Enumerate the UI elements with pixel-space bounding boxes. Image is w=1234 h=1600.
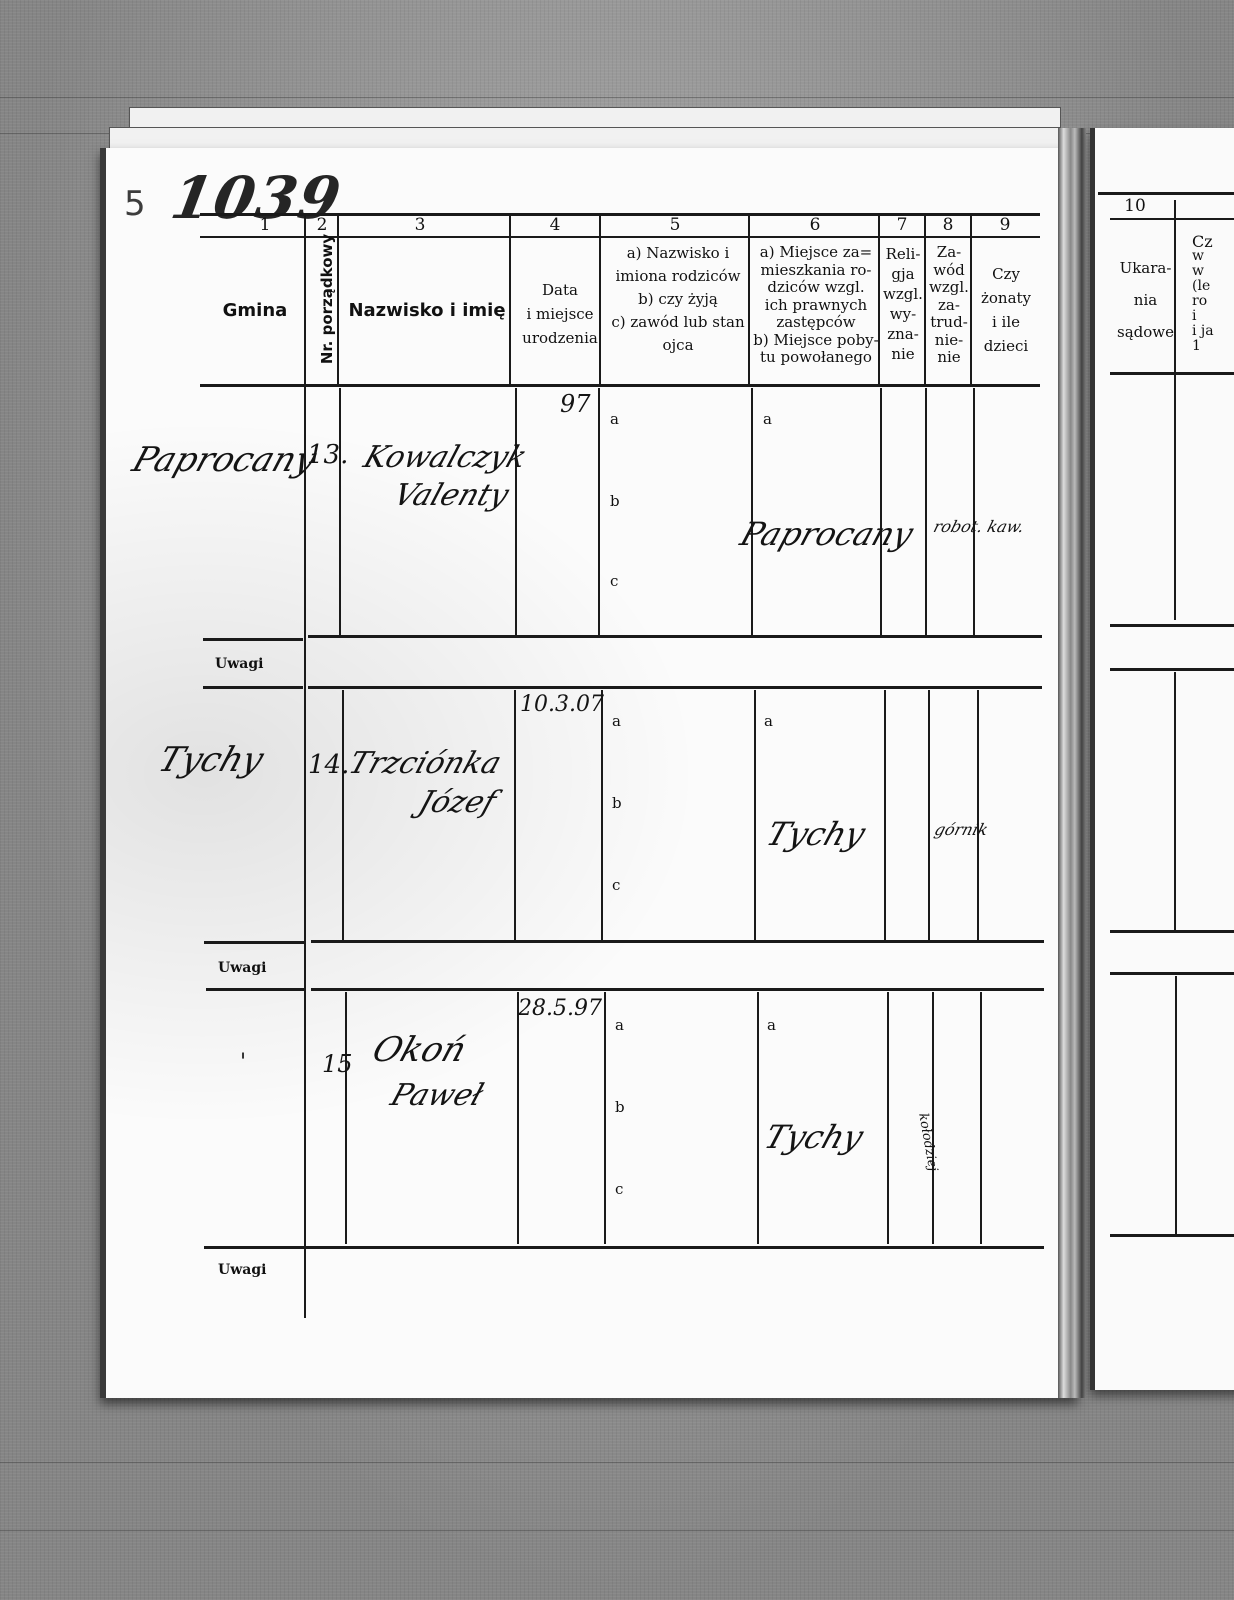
header-line: tu powołanego bbox=[752, 349, 880, 367]
header-line: nie bbox=[926, 349, 972, 367]
header-line: wzgl. bbox=[926, 279, 972, 297]
scan-artifact-line bbox=[0, 1530, 1234, 1531]
row-rule bbox=[308, 635, 1042, 638]
parents-label-c: c bbox=[615, 1180, 623, 1198]
header-line: b) czy żyją bbox=[604, 288, 752, 311]
entry-nr: 13. bbox=[307, 440, 348, 470]
column-number-9: 9 bbox=[995, 215, 1015, 235]
residence-label-a: a bbox=[764, 712, 773, 730]
header-line: zna- bbox=[880, 324, 926, 344]
header-line: sądowe bbox=[1108, 316, 1183, 348]
column-divider bbox=[509, 213, 511, 385]
header-bottom-rule bbox=[200, 384, 1040, 387]
scan-artifact-line bbox=[0, 1462, 1234, 1463]
residence-label-a: a bbox=[763, 410, 772, 428]
row-rule bbox=[204, 1246, 1044, 1249]
header-line: Za- bbox=[926, 244, 972, 262]
facing-column-divider bbox=[1175, 976, 1177, 1234]
header-line: mieszkania ro- bbox=[752, 262, 880, 280]
row-rule bbox=[206, 988, 304, 991]
column-divider bbox=[598, 388, 600, 636]
column-divider bbox=[748, 213, 750, 385]
header-line: c) zawód lub stan bbox=[604, 311, 752, 334]
entry-gmina: Paprocany bbox=[128, 440, 322, 480]
header-line: i miejsce bbox=[515, 302, 605, 326]
row-rule bbox=[204, 941, 304, 944]
header-gmina: Gmina bbox=[205, 300, 305, 321]
entry-given-name: Józef bbox=[414, 785, 500, 820]
header-line: zastępców bbox=[752, 314, 880, 332]
header-line: dziców wzgl. bbox=[752, 279, 880, 297]
header-zawod: Za- wód wzgl. za- trud- nie- nie bbox=[926, 244, 972, 367]
column-divider bbox=[599, 213, 601, 385]
facing-row-rule bbox=[1110, 624, 1234, 627]
gmina-column-divider bbox=[304, 213, 306, 1318]
header-zonaty: Czy żonaty i ile dzieci bbox=[972, 262, 1040, 358]
column-divider bbox=[604, 992, 606, 1244]
header-line: Reli- bbox=[880, 244, 926, 264]
header-line: 1 bbox=[1192, 339, 1234, 354]
row-rule bbox=[203, 638, 303, 641]
header-nr-porzadkowy: Nr. porządkowy bbox=[318, 229, 336, 369]
entry-surname: Okoń bbox=[368, 1030, 472, 1070]
header-line: Czy bbox=[972, 262, 1040, 286]
header-line: ich prawnych bbox=[752, 297, 880, 315]
header-line: b) Miejsce poby- bbox=[752, 332, 880, 350]
header-line: (le bbox=[1192, 279, 1234, 294]
parents-label-a: a bbox=[612, 712, 621, 730]
column-divider bbox=[977, 690, 979, 940]
header-line: wzgl. bbox=[880, 284, 926, 304]
header-line: nie bbox=[880, 344, 926, 364]
column-divider bbox=[514, 690, 516, 940]
header-line: żonaty bbox=[972, 286, 1040, 310]
column-divider bbox=[751, 388, 753, 636]
header-data-urodzenia: Data i miejsce urodzenia bbox=[515, 278, 605, 350]
column-divider bbox=[342, 690, 344, 940]
column-divider bbox=[878, 213, 880, 385]
header-line: urodzenia bbox=[515, 326, 605, 350]
parents-label-a: a bbox=[615, 1016, 624, 1034]
column-number-10: 10 bbox=[1115, 196, 1155, 216]
column-divider bbox=[515, 388, 517, 636]
column-number-4: 4 bbox=[540, 215, 570, 235]
column-divider bbox=[345, 992, 347, 1244]
header-line: ro bbox=[1192, 294, 1234, 309]
entry-residence: Tychy bbox=[762, 815, 870, 853]
header-line: w bbox=[1192, 249, 1234, 264]
header-line: dzieci bbox=[972, 334, 1040, 358]
entry-surname: Kowalczyk bbox=[359, 440, 531, 475]
header-nazwisko-imie: Nazwisko i imię bbox=[342, 300, 512, 321]
entry-gmina-ditto: ' bbox=[240, 1050, 246, 1075]
facing-row-rule bbox=[1110, 668, 1234, 671]
scan-artifact-line bbox=[0, 97, 1234, 98]
remarks-label: Uwagi bbox=[218, 960, 266, 976]
header-line: i ile bbox=[972, 310, 1040, 334]
header-line: Cz bbox=[1192, 234, 1234, 249]
column-divider bbox=[980, 992, 982, 1244]
book-spine bbox=[1058, 128, 1086, 1398]
header-line: za- bbox=[926, 297, 972, 315]
column-divider bbox=[339, 388, 341, 636]
parents-label-b: b bbox=[610, 492, 620, 510]
entry-surname: Trzciónka bbox=[344, 746, 505, 781]
row-rule bbox=[311, 988, 1044, 991]
parents-label-c: c bbox=[612, 876, 620, 894]
remarks-label: Uwagi bbox=[218, 1262, 266, 1278]
facing-header-bottom-rule bbox=[1110, 372, 1234, 375]
column-number-6: 6 bbox=[800, 215, 830, 235]
entry-occupation: robot. kaw. bbox=[931, 517, 1026, 536]
residence-label-a: a bbox=[767, 1016, 776, 1034]
sheet-number-pencil: 5 bbox=[124, 184, 146, 224]
column-divider bbox=[884, 690, 886, 940]
facing-row-rule bbox=[1110, 930, 1234, 933]
column-number-5: 5 bbox=[660, 215, 690, 235]
parents-label-b: b bbox=[615, 1098, 625, 1116]
facing-column-divider bbox=[1174, 672, 1176, 930]
column-number-1: 1 bbox=[245, 215, 285, 235]
header-line: nia bbox=[1108, 284, 1183, 316]
header-line: wy- bbox=[880, 304, 926, 324]
column-number-3: 3 bbox=[400, 215, 440, 235]
column-number-8: 8 bbox=[938, 215, 958, 235]
parents-label-c: c bbox=[610, 572, 618, 590]
row-rule bbox=[311, 940, 1044, 943]
header-line: ojca bbox=[604, 334, 752, 357]
remarks-label: Uwagi bbox=[215, 656, 263, 672]
entry-occupation: górnik bbox=[932, 820, 990, 839]
header-line: a) Nazwisko i bbox=[604, 242, 752, 265]
parents-label-a: a bbox=[610, 410, 619, 428]
parents-label-b: b bbox=[612, 794, 622, 812]
column-divider bbox=[924, 213, 926, 385]
header-line: i ja bbox=[1192, 324, 1234, 339]
facing-column-divider bbox=[1174, 200, 1176, 620]
column-divider bbox=[337, 213, 339, 385]
facing-header-top-rule bbox=[1098, 192, 1234, 195]
header-line: w bbox=[1192, 264, 1234, 279]
column-divider bbox=[887, 992, 889, 1244]
header-line: Ukara- bbox=[1108, 252, 1183, 284]
column-divider bbox=[517, 992, 519, 1244]
column-divider bbox=[754, 690, 756, 940]
entry-birth: 10.3.07 bbox=[520, 692, 604, 717]
column-divider bbox=[925, 388, 927, 636]
entry-nr: 14. bbox=[308, 750, 349, 780]
row-rule bbox=[308, 686, 1042, 689]
column-divider bbox=[757, 992, 759, 1244]
header-line: i bbox=[1192, 309, 1234, 324]
entry-given-name: Paweł bbox=[386, 1078, 487, 1113]
column-divider bbox=[601, 690, 603, 940]
header-line: nie- bbox=[926, 332, 972, 350]
header-col11-partial: Cz w w (le ro i i ja 1 bbox=[1192, 234, 1234, 354]
column-divider bbox=[970, 213, 972, 385]
entry-nr: 15 bbox=[322, 1050, 353, 1078]
header-line: Data bbox=[515, 278, 605, 302]
header-rodzice: a) Nazwisko i imiona rodziców b) czy żyj… bbox=[604, 242, 752, 357]
column-divider bbox=[928, 690, 930, 940]
facing-row-rule bbox=[1110, 1234, 1234, 1237]
entry-residence: Tychy bbox=[760, 1118, 868, 1156]
column-divider bbox=[880, 388, 882, 636]
column-number-7: 7 bbox=[892, 215, 912, 235]
header-religia: Reli- gja wzgl. wy- zna- nie bbox=[880, 244, 926, 364]
header-line: trud- bbox=[926, 314, 972, 332]
header-line: gja bbox=[880, 264, 926, 284]
header-miejsce-zamieszkania: a) Miejsce za= mieszkania ro- dziców wzg… bbox=[752, 244, 880, 367]
entry-given-name: Valenty bbox=[389, 478, 513, 513]
entry-birth: 97 bbox=[560, 390, 591, 418]
entry-birth: 28.5.97 bbox=[518, 996, 602, 1021]
column-divider bbox=[973, 388, 975, 636]
header-line: a) Miejsce za= bbox=[752, 244, 880, 262]
row-rule bbox=[203, 686, 303, 689]
facing-header-number-rule bbox=[1110, 218, 1234, 220]
header-line: wód bbox=[926, 262, 972, 280]
entry-residence: Paprocany bbox=[736, 515, 918, 553]
column-divider bbox=[932, 992, 934, 1244]
entry-gmina: Tychy bbox=[154, 740, 269, 780]
facing-row-rule bbox=[1110, 972, 1234, 975]
header-ukarania: Ukara- nia sądowe bbox=[1108, 252, 1183, 348]
header-line: imiona rodziców bbox=[604, 265, 752, 288]
